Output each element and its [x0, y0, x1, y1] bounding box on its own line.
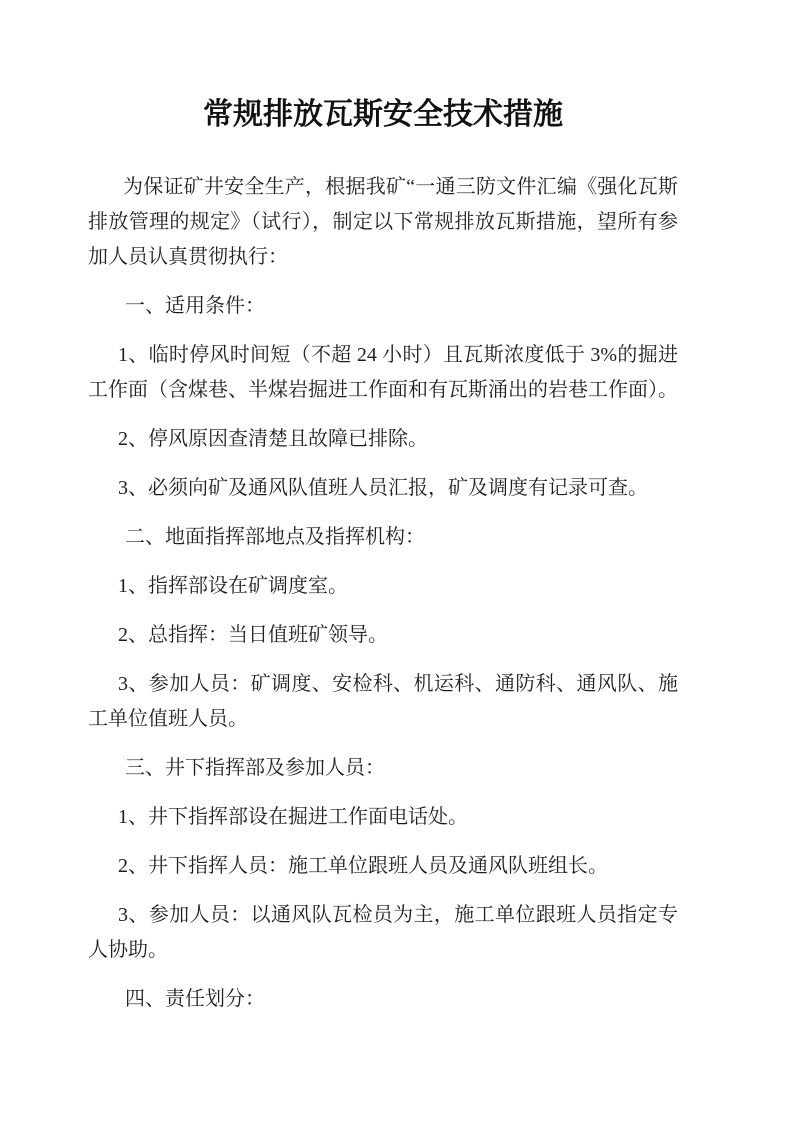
document-title: 常规排放瓦斯安全技术措施 — [88, 93, 678, 137]
section-2-item-2: 2、总指挥：当日值班矿领导。 — [88, 618, 678, 653]
section-2-item-1: 1、指挥部设在矿调度室。 — [88, 569, 678, 604]
document-page: 常规排放瓦斯安全技术措施 为保证矿井安全生产，根据我矿“一通三防文件汇编《强化瓦… — [0, 0, 793, 1122]
section-1-item-2: 2、停风原因查清楚且故障已排除。 — [88, 422, 678, 457]
section-3-heading: 三、井下指挥部及参加人员： — [88, 751, 678, 786]
section-3-item-3: 3、参加人员：以通风队瓦检员为主，施工单位跟班人员指定专人协助。 — [88, 898, 678, 968]
section-3-item-2: 2、井下指挥人员：施工单位跟班人员及通风队班组长。 — [88, 849, 678, 884]
section-4-heading: 四、责任划分： — [88, 982, 678, 1017]
section-3-item-1: 1、井下指挥部设在掘进工作面电话处。 — [88, 800, 678, 835]
section-1-item-1: 1、临时停风时间短（不超 24 小时）且瓦斯浓度低于 3%的掘进工作面（含煤巷、… — [88, 338, 678, 408]
document-content: 常规排放瓦斯安全技术措施 为保证矿井安全生产，根据我矿“一通三防文件汇编《强化瓦… — [88, 93, 678, 1017]
intro-paragraph: 为保证矿井安全生产，根据我矿“一通三防文件汇编《强化瓦斯排放管理的规定》（试行）… — [88, 170, 678, 275]
section-2-heading: 二、地面指挥部地点及指挥机构： — [88, 520, 678, 555]
section-1-heading: 一、适用条件： — [88, 289, 678, 324]
section-2-item-3: 3、参加人员：矿调度、安检科、机运科、通防科、通风队、施工单位值班人员。 — [88, 667, 678, 737]
section-1-item-3: 3、必须向矿及通风队值班人员汇报，矿及调度有记录可查。 — [88, 471, 678, 506]
